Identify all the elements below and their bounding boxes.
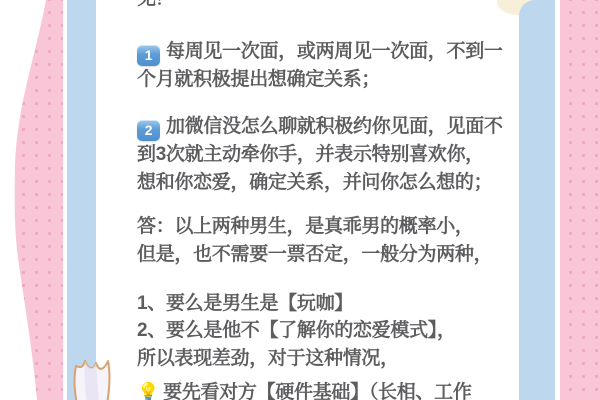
list-line3: 所以表现差劲，对于这种情况， <box>137 345 399 373</box>
left-white-wave <box>0 0 60 400</box>
keycap-1-badge: 1 <box>137 45 160 66</box>
answer-line1-text: 答：以上两种男生，是真乖男的概率小， <box>137 216 474 237</box>
item2-line2: 到3次就主动牵你手，并表示特别喜欢你， <box>137 141 484 169</box>
item2-line2-text: 到3次就主动牵你手，并表示特别喜欢你， <box>137 144 484 165</box>
item1-line1: 1每周见一次面，或两周见一次面，不到一 <box>137 38 503 66</box>
item1-line2-text: 个月就积极提出想确定关系； <box>137 69 380 90</box>
tulip-icon <box>69 346 115 400</box>
answer-line2-text: 但是，也不需要一票否定，一般分为两种， <box>137 244 492 265</box>
list-line1-text: 1、要么是男生是【玩咖】 <box>137 293 353 314</box>
top-fragment-text: 见？ <box>137 0 174 9</box>
list-line2-text: 2、要么是他不【了解你的恋爱模式】， <box>137 320 456 341</box>
keycap-2-badge: 2 <box>137 120 160 141</box>
list-line1: 1、要么是男生是【玩咖】 <box>137 290 353 318</box>
right-frame-bar <box>519 0 555 400</box>
item1-line2: 个月就积极提出想确定关系； <box>137 66 380 94</box>
item1-line1-text: 每周见一次面，或两周见一次面，不到一 <box>166 41 503 62</box>
left-frame-bar <box>67 0 96 400</box>
cutoff-top-text: 见？ <box>137 0 174 13</box>
cutoff-bottom-line: 💡要先看对方【硬件基础】（长相、工作 <box>137 378 472 400</box>
item2-line3-text: 想和你恋爱，确定关系，并问你怎么想的； <box>137 172 492 193</box>
list-line3-text: 所以表现差劲，对于这种情况， <box>137 348 399 369</box>
right-pink-band <box>560 0 600 400</box>
note-page: 见？ 1每周见一次面，或两周见一次面，不到一 个月就积极提出想确定关系； 2加微… <box>0 0 600 400</box>
answer-line1: 答：以上两种男生，是真乖男的概率小， <box>137 213 474 241</box>
item2-line3: 想和你恋爱，确定关系，并问你怎么想的； <box>137 169 492 197</box>
list-line2: 2、要么是他不【了解你的恋爱模式】， <box>137 317 456 345</box>
item2-line1-text: 加微信没怎么聊就积极约你见面，见面不 <box>166 116 503 137</box>
item2-line1: 2加微信没怎么聊就积极约你见面，见面不 <box>137 113 503 141</box>
answer-line2: 但是，也不需要一票否定，一般分为两种， <box>137 241 492 269</box>
bottom-line-text: 要先看对方【硬件基础】（长相、工作 <box>163 382 471 400</box>
lightbulb-emoji-icon: 💡 <box>137 382 159 400</box>
